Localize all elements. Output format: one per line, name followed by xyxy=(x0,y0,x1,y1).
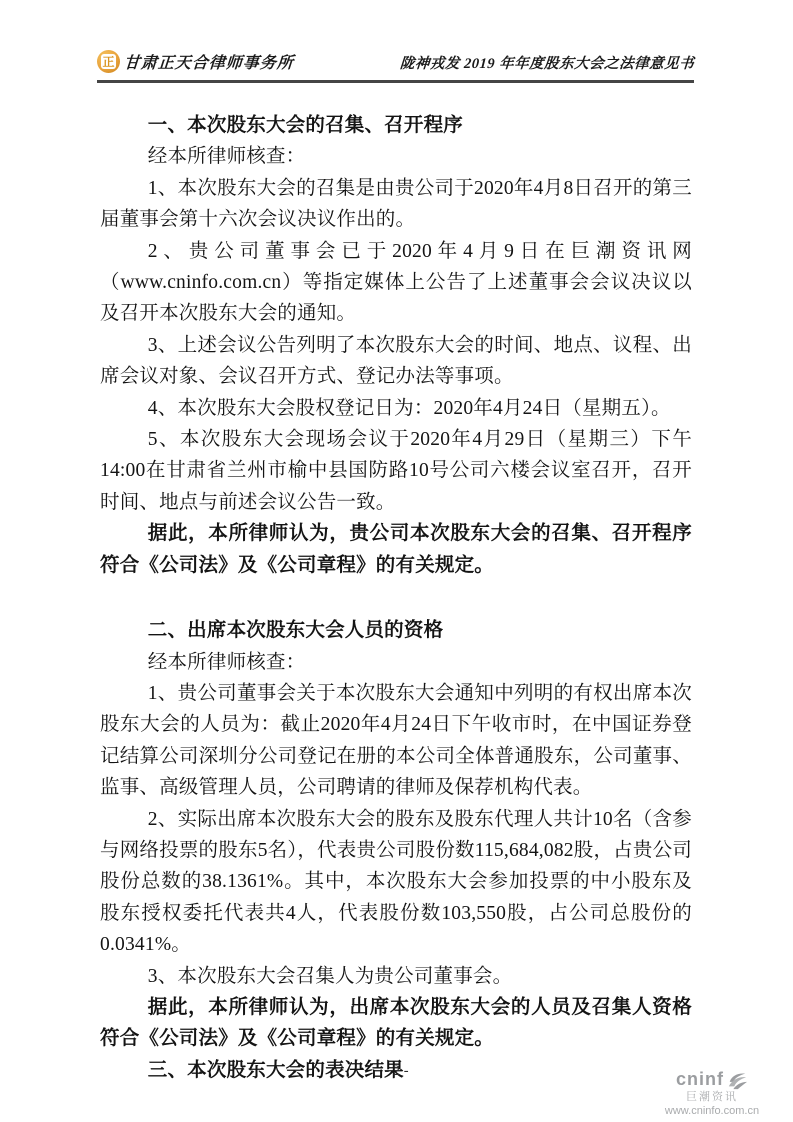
logo-zheng-glyph: 正 xyxy=(101,54,116,69)
cninfo-chinese-name: 巨潮资讯 xyxy=(637,1091,787,1103)
document-title: 陇神戎发 2019 年年度股东大会之法律意见书 xyxy=(399,52,695,73)
cninfo-url: www.cninfo.com.cn xyxy=(637,1105,787,1117)
paragraph: 经本所律师核查： xyxy=(100,141,692,172)
paragraph: 2、贵公司董事会已于2020年4月9日在巨潮资讯网（www.cninfo.com… xyxy=(100,236,692,330)
page-header: 正 甘肃正天合律师事务所 陇神戎发 2019 年年度股东大会之法律意见书 xyxy=(97,50,694,83)
paragraph: 5、本次股东大会现场会议于2020年4月29日（星期三）下午14:00在甘肃省兰… xyxy=(100,424,692,518)
document-page: 正 甘肃正天合律师事务所 陇神戎发 2019 年年度股东大会之法律意见书 一、本… xyxy=(0,0,793,1122)
law-firm-logo-icon: 正 xyxy=(97,50,120,73)
cninfo-swirl-icon xyxy=(726,1070,748,1090)
header-left: 正 甘肃正天合律师事务所 xyxy=(97,50,294,73)
paragraph: 2、实际出席本次股东大会的股东及股东代理人共计10名（含参与网络投票的股东5名）… xyxy=(100,804,692,961)
paragraph: 3、上述会议公告列明了本次股东大会的时间、地点、议程、出席会议对象、会议召开方式… xyxy=(100,330,692,393)
paragraph: 据此，本所律师认为，出席本次股东大会的人员及召集人资格符合《公司法》及《公司章程… xyxy=(100,992,692,1055)
paragraph: 4、本次股东大会股权登记日为：2020年4月24日（星期五）。 xyxy=(100,393,692,424)
paragraph: 经本所律师核查： xyxy=(100,647,692,678)
cninfo-brand-text: cninf xyxy=(676,1070,724,1090)
document-body: 一、本次股东大会的召集、召开程序经本所律师核查：1、本次股东大会的召集是由贵公司… xyxy=(100,110,692,1086)
section-heading: 一、本次股东大会的召集、召开程序 xyxy=(100,110,692,141)
paragraph: 1、本次股东大会的召集是由贵公司于2020年4月8日召开的第三届董事会第十六次会… xyxy=(100,173,692,236)
watermark-brand-row: cninf xyxy=(637,1070,787,1090)
paragraph: 3、本次股东大会召集人为贵公司董事会。 xyxy=(100,961,692,992)
paragraph: 1、贵公司董事会关于本次股东大会通知中列明的有权出席本次股东大会的人员为：截止2… xyxy=(100,678,692,804)
paragraph: 据此，本所律师认为，贵公司本次股东大会的召集、召开程序符合《公司法》及《公司章程… xyxy=(100,518,692,581)
section-heading: 二、出席本次股东大会人员的资格 xyxy=(100,615,692,646)
cninfo-watermark: cninf 巨潮资讯 www.cninfo.com.cn xyxy=(637,1070,787,1117)
firm-name: 甘肃正天合律师事务所 xyxy=(123,50,295,73)
